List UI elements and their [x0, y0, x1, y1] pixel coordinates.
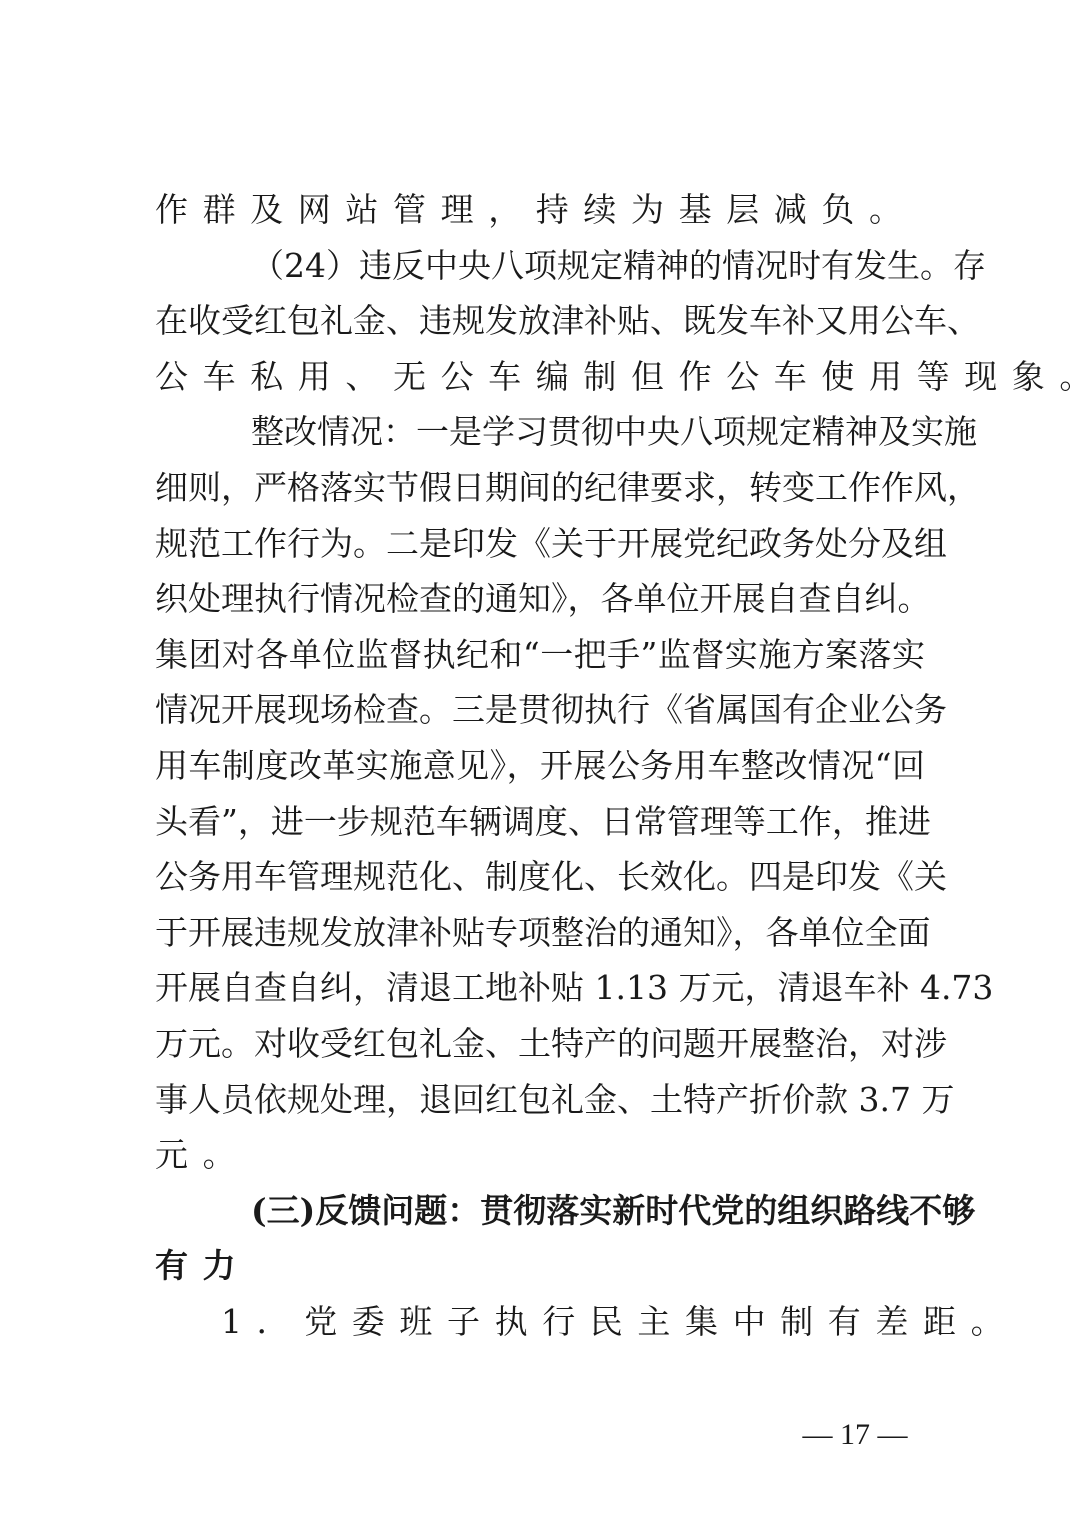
- text-line: 公务用车管理规范化、制度化、长效化。四是印发《关: [155, 849, 925, 905]
- line-text: 规范工作行为。二是印发《关于开展党纪政务处分及组: [155, 516, 925, 572]
- line-text: 事人员依规处理，退回红包礼金、土特产折价款 3.7 万: [155, 1072, 925, 1128]
- rectification-paragraph-start: 整改情况：一是学习贯彻中央八项规定精神及实施: [155, 404, 925, 460]
- line-text: 整改情况：一是学习贯彻中央八项规定精神及实施: [251, 404, 925, 460]
- document-body: 作群及网站管理，持续为基层减负。 （24）违反中央八项规定精神的情况时有发生。存…: [155, 182, 925, 1349]
- line-text: （24）违反中央八项规定精神的情况时有发生。存: [251, 238, 925, 294]
- sub-item-text: 1．党委班子执行民主集中制有差距。: [221, 1294, 925, 1350]
- line-text: 公车私用、无公车编制但作公车使用等现象。: [155, 349, 925, 405]
- text-line: 公车私用、无公车编制但作公车使用等现象。: [155, 349, 925, 405]
- text-line: 元。: [155, 1127, 925, 1183]
- line-text: 于开展违规发放津补贴专项整治的通知》，各单位全面: [155, 905, 925, 961]
- text-line: 于开展违规发放津补贴专项整治的通知》，各单位全面: [155, 905, 925, 961]
- paragraph-24-heading: （24）违反中央八项规定精神的情况时有发生。存: [155, 238, 925, 294]
- page-number: — 17 —: [800, 1418, 910, 1452]
- line-text: 用车制度改革实施意见》，开展公务用车整改情况“回: [155, 738, 925, 794]
- text-line: 情况开展现场检查。三是贯彻执行《省属国有企业公务: [155, 682, 925, 738]
- text-line: 作群及网站管理，持续为基层减负。: [155, 182, 925, 238]
- text-line: 集团对各单位监督执纪和“一把手”监督实施方案落实: [155, 627, 925, 683]
- line-text: 万元。对收受红包礼金、土特产的问题开展整治，对涉: [155, 1016, 925, 1072]
- text-line: 头看”，进一步规范车辆调度、日常管理等工作，推进: [155, 794, 925, 850]
- line-text: 集团对各单位监督执纪和“一把手”监督实施方案落实: [155, 627, 925, 683]
- line-text: 细则，严格落实节假日期间的纪律要求，转变工作作风，: [155, 460, 925, 516]
- section-heading-continued: 有力: [155, 1238, 925, 1294]
- line-text: 织处理执行情况检查的通知》，各单位开展自查自纠。: [155, 571, 925, 627]
- text-line: 用车制度改革实施意见》，开展公务用车整改情况“回: [155, 738, 925, 794]
- section-heading-text: 有力: [155, 1238, 925, 1294]
- text-line: 规范工作行为。二是印发《关于开展党纪政务处分及组: [155, 516, 925, 572]
- text-line: 万元。对收受红包礼金、土特产的问题开展整治，对涉: [155, 1016, 925, 1072]
- text-line: 细则，严格落实节假日期间的纪律要求，转变工作作风，: [155, 460, 925, 516]
- line-text: 公务用车管理规范化、制度化、长效化。四是印发《关: [155, 849, 925, 905]
- text-line: 织处理执行情况检查的通知》，各单位开展自查自纠。: [155, 571, 925, 627]
- line-text: 元。: [155, 1127, 925, 1183]
- line-text: 开展自查自纠，清退工地补贴 1.13 万元，清退车补 4.73: [155, 960, 925, 1016]
- text-line: 在收受红包礼金、违规发放津补贴、既发车补又用公车、: [155, 293, 925, 349]
- line-text: 作群及网站管理，持续为基层减负。: [155, 182, 925, 238]
- line-text: 头看”，进一步规范车辆调度、日常管理等工作，推进: [155, 794, 925, 850]
- document-page: 作群及网站管理，持续为基层减负。 （24）违反中央八项规定精神的情况时有发生。存…: [0, 0, 1080, 1528]
- text-line: 事人员依规处理，退回红包礼金、土特产折价款 3.7 万: [155, 1072, 925, 1128]
- section-heading: (三)反馈问题：贯彻落实新时代党的组织路线不够: [155, 1183, 925, 1239]
- text-line: 开展自查自纠，清退工地补贴 1.13 万元，清退车补 4.73: [155, 960, 925, 1016]
- line-text: 情况开展现场检查。三是贯彻执行《省属国有企业公务: [155, 682, 925, 738]
- line-text: 在收受红包礼金、违规发放津补贴、既发车补又用公车、: [155, 293, 925, 349]
- sub-item-heading: 1．党委班子执行民主集中制有差距。: [155, 1294, 925, 1350]
- section-heading-text: (三)反馈问题：贯彻落实新时代党的组织路线不够: [251, 1183, 925, 1239]
